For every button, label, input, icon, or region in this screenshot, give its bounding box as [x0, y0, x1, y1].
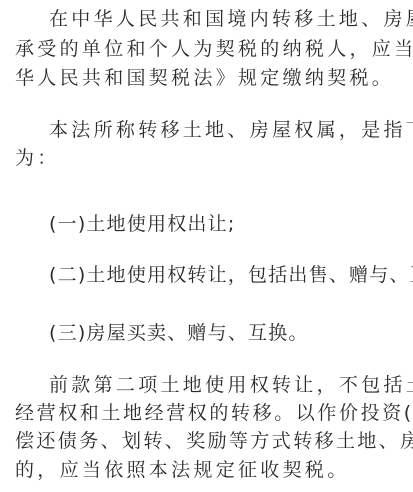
paragraph-line: 的，应当依照本法规定征收契税。	[15, 458, 350, 482]
paragraph-line: 前款第二项土地使用权转让，不包括土地承包	[49, 373, 413, 397]
list-item-text: (一)土地使用权出让;	[49, 212, 235, 236]
paragraph-line: 承受的单位和个人为契税的纳税人，应当依照《中	[15, 37, 413, 61]
list-item-text: (二)土地使用权转让，包括出售、赠与、互换;	[49, 263, 413, 287]
paragraph-line: 在中华人民共和国境内转移土地、房屋权属，	[49, 7, 413, 31]
paragraph-line: 本法所称转移土地、房屋权属，是指下列行	[49, 118, 413, 142]
paragraph-line: 华人民共和国契税法》规定缴纳契税。	[15, 66, 394, 90]
list-item-text: (三)房屋买卖、赠与、互换。	[49, 321, 309, 345]
paragraph-line: 偿还债务、划转、奖励等方式转移土地、房屋权属	[15, 429, 413, 453]
paragraph-line: 为：	[15, 146, 60, 170]
paragraph-line: 经营权和土地经营权的转移。以作价投资(入股)、	[15, 401, 413, 425]
